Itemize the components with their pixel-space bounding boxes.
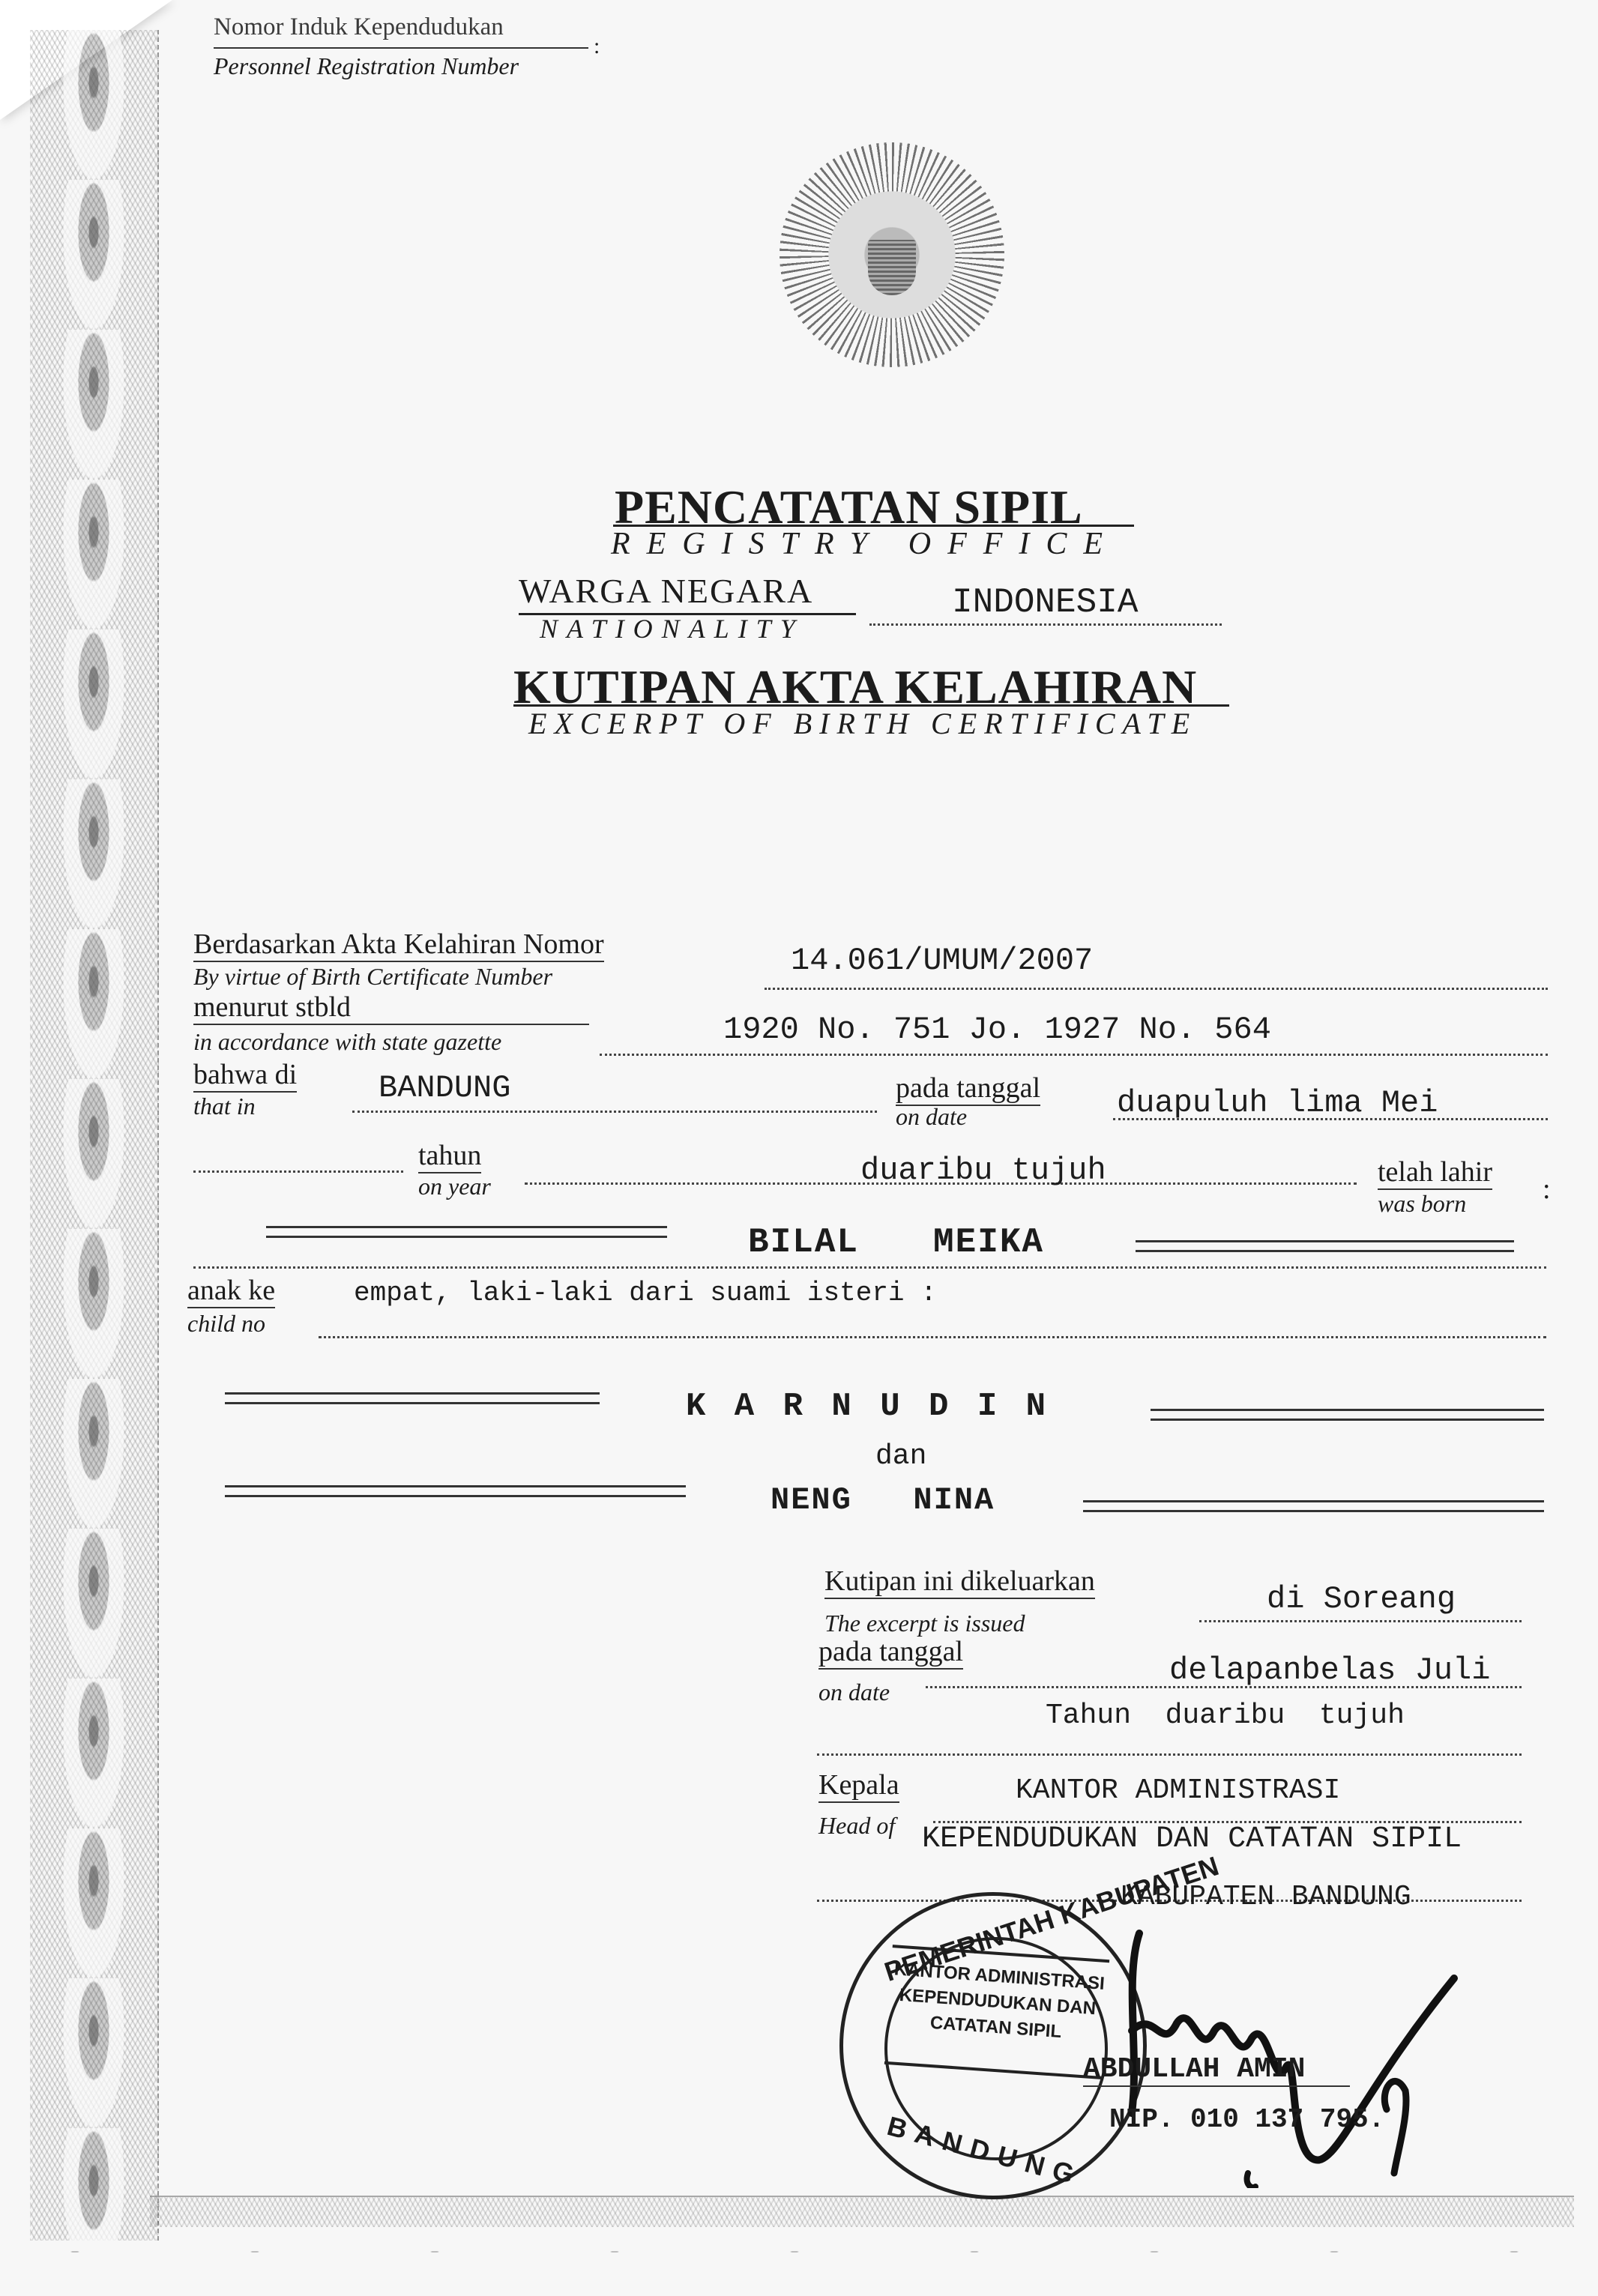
issued-date-label-en: on date	[818, 1679, 890, 1706]
birth-date-label: pada tanggal	[896, 1072, 1040, 1106]
child-no-value: empat, laki-laki dari suami isteri :	[354, 1278, 937, 1308]
security-border-bottom-motif	[30, 2241, 1567, 2263]
nik-divider	[214, 47, 588, 49]
stbld-value: 1920 No. 751 Jo. 1927 No. 564	[723, 1012, 1271, 1048]
born-label: telah lahir	[1378, 1155, 1492, 1190]
father-name: K A R N U D I N	[686, 1388, 1050, 1425]
born-label-en: was born	[1378, 1190, 1466, 1218]
nik-label: Nomor Induk Kependudukan	[214, 13, 504, 41]
issued-year-value: Tahun duaribu tujuh	[1046, 1700, 1405, 1732]
head-label: Kepala	[818, 1768, 899, 1803]
mother-name: NENG NINA	[771, 1482, 995, 1518]
office-field-1	[933, 1798, 1522, 1823]
signatory-nip: NIP. 010 137 795.	[1109, 2104, 1384, 2135]
head-label-en: Head of	[818, 1812, 895, 1840]
issued-place-value: di Soreang	[1267, 1581, 1456, 1617]
cert-number-label: Berdasarkan Akta Kelahiran Nomor	[193, 928, 604, 962]
document-title-en: EXCERPT OF BIRTH CERTIFICATE	[528, 706, 1197, 741]
security-border-bottom	[150, 2196, 1574, 2227]
security-border-motif	[52, 30, 135, 2241]
nationality-label-en: NATIONALITY	[540, 613, 804, 644]
issued-year-field	[817, 1731, 1522, 1756]
born-colon: :	[1543, 1173, 1551, 1206]
birth-date-label-en: on date	[896, 1103, 967, 1131]
nationality-label: WARGA NEGARA	[519, 571, 813, 611]
place-value: BANDUNG	[379, 1070, 510, 1106]
child-no-label-en: child no	[187, 1310, 265, 1338]
birth-year-value: duaribu tujuh	[860, 1152, 1106, 1188]
conjunction: dan	[875, 1440, 926, 1472]
nationality-value: INDONESIA	[952, 583, 1138, 622]
year-field-prefix	[193, 1155, 403, 1173]
fill-line-left	[225, 1392, 600, 1404]
fill-line-right	[1083, 1500, 1544, 1512]
fill-line-right	[1151, 1409, 1544, 1421]
birth-year-label: tahun	[418, 1139, 481, 1173]
child-first-name: BILAL	[748, 1223, 859, 1262]
issued-label: Kutipan ini dikeluarkan	[824, 1565, 1095, 1599]
birth-date-value: duapuluh lima Mei	[1117, 1085, 1438, 1121]
office-title-en: REGISTRY OFFICE	[611, 526, 1119, 562]
birth-year-label-en: on year	[418, 1173, 491, 1200]
fill-line-right	[1136, 1240, 1514, 1252]
nik-label-en: Personnel Registration Number	[214, 52, 519, 80]
cert-number-label-en: By virtue of Birth Certificate Number	[193, 963, 552, 991]
signatory-name: ABDULLAH AMIN	[1083, 2053, 1350, 2087]
office-line-2: KEPENDUDUKAN DAN CATATAN SIPIL	[922, 1822, 1462, 1856]
stbld-label-en: in accordance with state gazette	[193, 1028, 501, 1056]
child-no-label: anak ke	[187, 1274, 275, 1308]
child-last-name: MEIKA	[933, 1223, 1044, 1262]
nik-colon: :	[594, 34, 600, 59]
place-label-en: that in	[193, 1093, 256, 1120]
issued-label-en: The excerpt is issued	[824, 1610, 1025, 1637]
child-no-field	[319, 1308, 1546, 1338]
cert-number-value: 14.061/UMUM/2007	[791, 943, 1093, 979]
stbld-label: menurut stbld	[193, 991, 589, 1025]
fill-line-left	[225, 1485, 686, 1497]
shield-icon	[868, 240, 916, 295]
issued-date-value: delapanbelas Juli	[1169, 1652, 1490, 1688]
place-label: bahwa di	[193, 1058, 297, 1093]
nationality-field: INDONESIA	[869, 583, 1222, 626]
